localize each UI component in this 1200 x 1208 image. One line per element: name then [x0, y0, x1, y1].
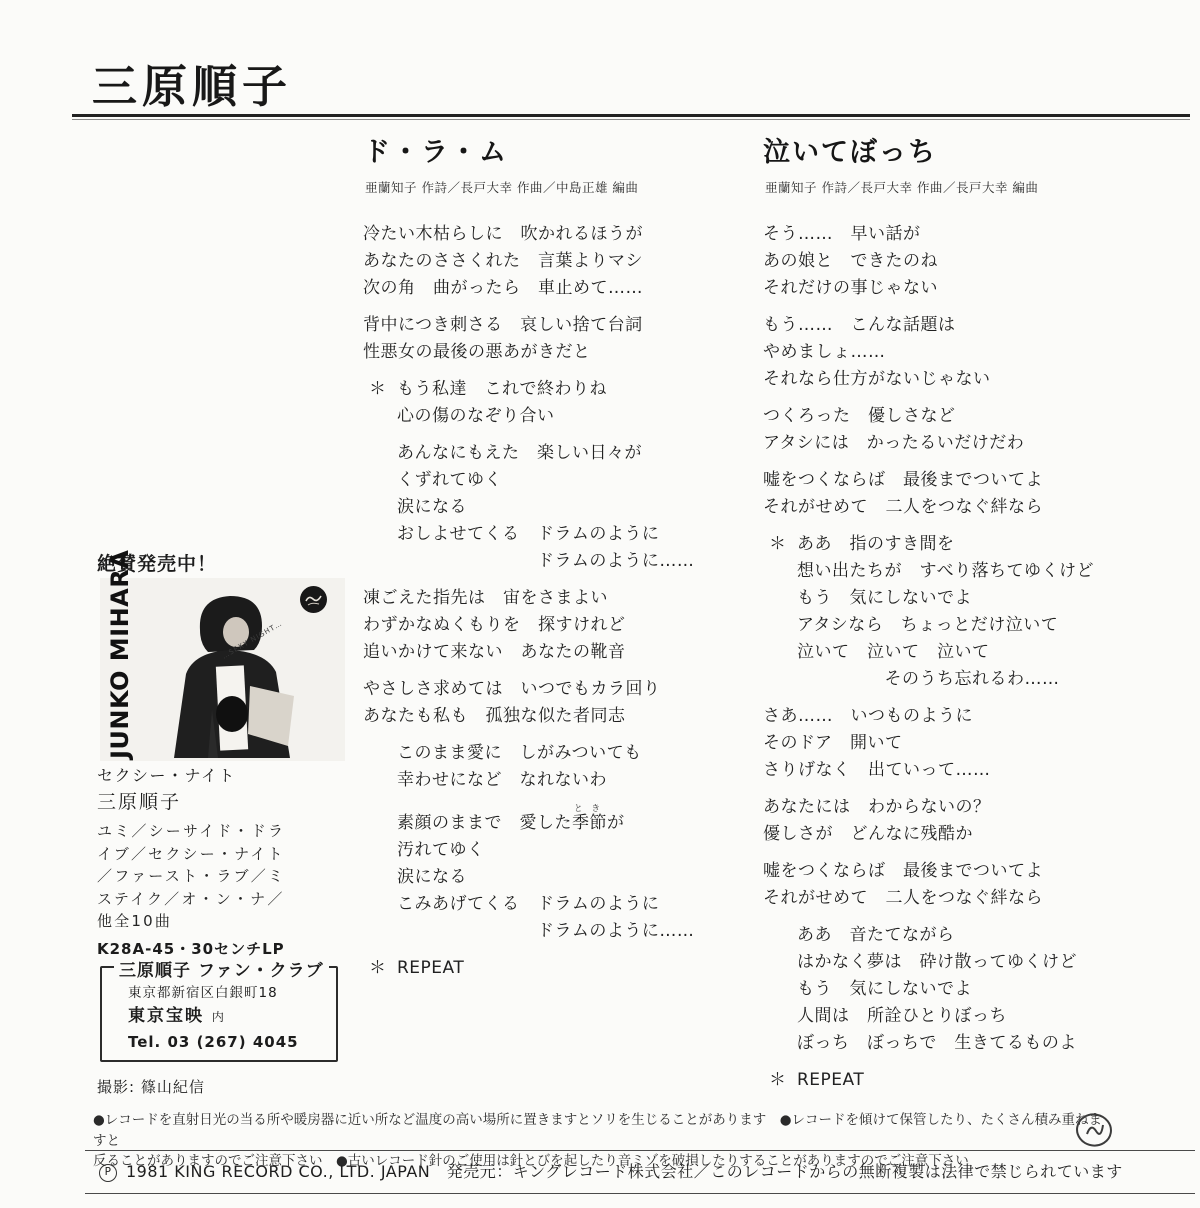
page-title: 三原順子 — [92, 50, 292, 115]
lyric-sheet-page: 三原順子 ド・ラ・ム 亜蘭知子 作詩／長戸大幸 作曲／中島正雄 編曲 冷たい木枯… — [0, 0, 1200, 1208]
lyric-line: 嘘をつくならば 最後までついてよ — [763, 467, 1173, 494]
lyric-line: 涙になる — [397, 494, 743, 521]
lyric-line: ああ 指のすき間を — [797, 531, 1173, 558]
song-section-doramu: ド・ラ・ム 亜蘭知子 作詩／長戸大幸 作曲／中島正雄 編曲 冷たい木枯らしに 吹… — [363, 137, 743, 992]
cover-badge-icon — [300, 586, 327, 613]
lyric-line: アタシには かったるいだけだわ — [763, 430, 1173, 457]
lyric-line: 素顔のままで 愛した季節ときが — [397, 804, 743, 837]
header-rule — [72, 114, 1190, 123]
lyric-line: おしよせてくる ドラムのように — [397, 521, 743, 548]
lyric-line: 嘘をつくならば 最後までついてよ — [763, 858, 1173, 885]
fan-club-name: 三原順子 ファン・クラブ — [114, 956, 329, 981]
lyric-line: アタシなら ちょっとだけ泣いて — [797, 612, 1173, 639]
lyric-line: 性悪女の最後の悪あがきだと — [363, 339, 743, 366]
lyric-line: こみあげてくる ドラムのように — [397, 891, 743, 918]
lyric-stanza: 冷たい木枯らしに 吹かれるほうがあなたのささくれた 言葉よりマシ次の角 曲がった… — [363, 221, 743, 302]
lyric-line: やさしさ求めては いつでもカラ回り — [363, 676, 743, 703]
record-care-logo-icon — [1072, 1108, 1116, 1152]
fan-club-box: 三原順子 ファン・クラブ 東京都新宿区白銀町18 東京宝映 内 Tel. 03 … — [100, 966, 338, 1062]
lyric-line: それがせめて 二人をつなぐ絆なら — [763, 885, 1173, 912]
lyric-stanza: もう…… こんな話題はやめましょ……それなら仕方がないじゃない — [763, 312, 1173, 393]
lyric-line: そのうち忘れるわ…… — [797, 666, 1173, 693]
cover-artist-vertical-text: JUNKO MIHARA — [106, 550, 134, 759]
lyric-line: あなたも私も 孤独な似た者同志 — [363, 703, 743, 730]
lyric-line: 幸わせになど なれないわ — [397, 767, 743, 794]
fan-club-company-note: 内 — [212, 1010, 224, 1024]
lyric-line: 優しさが どんなに残酷か — [763, 821, 1173, 848]
lyric-line: 想い出たちが すべり落ちてゆくけど — [797, 558, 1173, 585]
lyric-line: このまま愛に しがみついても — [397, 740, 743, 767]
lyric-stanza: 嘘をつくならば 最後までついてよそれがせめて 二人をつなぐ絆なら — [763, 467, 1173, 521]
fan-club-company-name: 東京宝映 — [128, 1006, 204, 1026]
lyric-line: 追いかけて来ない あなたの靴音 — [363, 639, 743, 666]
repeat-marker: ＊ — [369, 955, 387, 982]
repeat-marker: ＊ — [769, 1067, 787, 1094]
lyric-line: あなたには わからないの？ — [763, 794, 1173, 821]
lyric-stanza: 嘘をつくならば 最後までついてよそれがせめて 二人をつなぐ絆なら — [763, 858, 1173, 912]
lyric-line: 次の角 曲がったら 車止めて…… — [363, 275, 743, 302]
album-title: セクシー・ナイト — [97, 764, 327, 788]
lyric-line: それだけの事じゃない — [763, 275, 1173, 302]
lyric-stanza: あなたには わからないの？優しさが どんなに残酷か — [763, 794, 1173, 848]
lyric-stanza: 素顔のままで 愛した季節ときが汚れてゆく涙になるこみあげてくる ドラムのように … — [363, 804, 743, 945]
p-in-circle-symbol: P — [99, 1164, 117, 1182]
lyric-line: あんなにもえた 楽しい日々が — [397, 440, 743, 467]
fan-club-address: 東京都新宿区白銀町18 — [128, 982, 326, 1004]
lyric-line: 泣いて 泣いて 泣いて — [797, 639, 1173, 666]
lyric-line: さりげなく 出ていって…… — [763, 757, 1173, 784]
repeat-marker: ＊ — [369, 376, 387, 403]
lyric-stanza: あんなにもえた 楽しい日々がくずれてゆく涙になるおしよせてくる ドラムのように … — [363, 440, 743, 575]
lyric-line: 汚れてゆく — [397, 837, 743, 864]
album-artist: 三原順子 — [97, 788, 327, 816]
song-title: 泣いてぼっち — [763, 137, 1173, 169]
song-lyrics: 冷たい木枯らしに 吹かれるほうがあなたのささくれた 言葉よりマシ次の角 曲がった… — [363, 221, 743, 982]
lyric-line: くずれてゆく — [397, 467, 743, 494]
lyric-stanza: ＊REPEAT — [763, 1067, 1173, 1094]
lyric-line: あの娘と できたのね — [763, 248, 1173, 275]
repeat-marker: ＊ — [769, 531, 787, 558]
song-credits: 亜蘭知子 作詩／長戸大幸 作曲／中島正雄 編曲 — [365, 178, 743, 196]
copyright-line: P1981 KING RECORD CO., LTD. JAPAN 発売元：キン… — [85, 1150, 1195, 1194]
lyric-line: REPEAT — [397, 955, 743, 982]
lyric-stanza: つくろった 優しさなどアタシには かったるいだけだわ — [763, 403, 1173, 457]
lyric-line: そのドア 開いて — [763, 730, 1173, 757]
lyric-line: もう私達 これで終わりね — [397, 376, 743, 403]
cover-photo-illustration — [138, 590, 338, 758]
lyric-line: わずかなぬくもりを 探すけれど — [363, 612, 743, 639]
lyric-line: もう…… こんな話題は — [763, 312, 1173, 339]
lyric-stanza: やさしさ求めては いつでもカラ回りあなたも私も 孤独な似た者同志 — [363, 676, 743, 730]
lyric-line: そう…… 早い話が — [763, 221, 1173, 248]
lyric-stanza: 背中につき刺さる 哀しい捨て台詞性悪女の最後の悪あがきだと — [363, 312, 743, 366]
lyric-line: つくろった 優しさなど — [763, 403, 1173, 430]
lyric-line: それなら仕方がないじゃない — [763, 366, 1173, 393]
lyric-line: もう 気にしないでよ — [797, 976, 1173, 1003]
care-note-line: ●レコードを直射日光の当る所や暖房器に近い所など温度の高い場所に置きますとソリを… — [93, 1110, 1103, 1151]
lyric-line: ぼっち ぼっちで 生きてるものよ — [797, 1030, 1173, 1057]
lyric-line: それがせめて 二人をつなぐ絆なら — [763, 494, 1173, 521]
fan-club-phone: Tel. 03 (267) 4045 — [128, 1030, 326, 1054]
song-lyrics: そう…… 早い話があの娘と できたのねそれだけの事じゃないもう…… こんな話題は… — [763, 221, 1173, 1094]
photo-credit: 撮影: 篠山紀信 — [97, 1076, 205, 1097]
lyric-line: はかなく夢は 砕け散ってゆくけど — [797, 949, 1173, 976]
lyric-line: ああ 音たてながら — [797, 922, 1173, 949]
lyric-stanza: ＊ああ 指のすき間を想い出たちが すべり落ちてゆくけどもう 気にしないでよアタシ… — [763, 531, 1173, 693]
lyric-line: 心の傷のなぞり合い — [397, 403, 743, 430]
fan-club-company: 東京宝映 内 — [128, 1004, 326, 1030]
copyright-text: 1981 KING RECORD CO., LTD. JAPAN 発売元：キング… — [126, 1162, 1123, 1181]
lyric-line: ドラムのように…… — [397, 548, 743, 575]
lyric-line: もう 気にしないでよ — [797, 585, 1173, 612]
lyric-line: REPEAT — [797, 1067, 1173, 1094]
lyric-line: 人間は 所詮ひとりぼっち — [797, 1003, 1173, 1030]
lyric-line: あなたのささくれた 言葉よりマシ — [363, 248, 743, 275]
lyric-stanza: ＊REPEAT — [363, 955, 743, 982]
lyric-line: やめましょ…… — [763, 339, 1173, 366]
song-credits: 亜蘭知子 作詩／長戸大幸 作曲／長戸大幸 編曲 — [765, 178, 1173, 196]
lyric-stanza: そう…… 早い話があの娘と できたのねそれだけの事じゃない — [763, 221, 1173, 302]
lyric-stanza: ああ 音たてながらはかなく夢は 砕け散ってゆくけどもう 気にしないでよ人間は 所… — [763, 922, 1173, 1057]
lyric-line: 涙になる — [397, 864, 743, 891]
lyric-stanza: さあ…… いつものようにそのドア 開いてさりげなく 出ていって…… — [763, 703, 1173, 784]
lyric-line: 凍ごえた指先は 宙をさまよい — [363, 585, 743, 612]
album-tracklist: ユミ／シーサイド・ドライブ／セクシー・ナイト／ファースト・ラブ／ミステイク／オ・… — [97, 820, 295, 933]
album-info: セクシー・ナイト 三原順子 ユミ／シーサイド・ドライブ／セクシー・ナイト／ファー… — [97, 764, 327, 959]
lyric-stanza: 凍ごえた指先は 宙をさまよいわずかなぬくもりを 探すけれど追いかけて来ない あな… — [363, 585, 743, 666]
lyric-line: 背中につき刺さる 哀しい捨て台詞 — [363, 312, 743, 339]
song-title: ド・ラ・ム — [363, 137, 743, 169]
lyric-line: ドラムのように…… — [397, 918, 743, 945]
lyric-line: さあ…… いつものように — [763, 703, 1173, 730]
song-section-naitebocchi: 泣いてぼっち 亜蘭知子 作詩／長戸大幸 作曲／長戸大幸 編曲 そう…… 早い話が… — [763, 137, 1173, 1104]
lyric-stanza: このまま愛に しがみついても幸わせになど なれないわ — [363, 740, 743, 794]
lyric-stanza: ＊もう私達 これで終わりね心の傷のなぞり合い — [363, 376, 743, 430]
album-cover: JUNKO MIHARA …SEXY NIGHT… — [100, 578, 345, 761]
lyric-line: 冷たい木枯らしに 吹かれるほうが — [363, 221, 743, 248]
